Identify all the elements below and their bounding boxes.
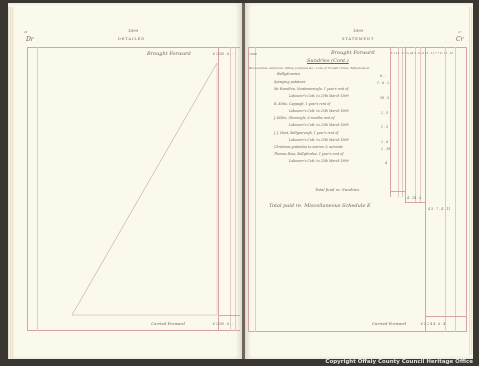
entry-amount: 1 . 5 xyxy=(381,125,388,129)
entry-text: Labourer's Cott. to 25th March 1899 xyxy=(289,159,349,163)
inner-col-3 xyxy=(402,47,403,197)
right-page: 1899 STATEMENT cr Cr 1899 Brought Forwar… xyxy=(245,3,473,359)
carried-forward-amount: £ 2250 . 6 . - xyxy=(213,322,233,326)
entry-amount: 2 . 10 xyxy=(381,147,390,151)
carry-rule xyxy=(425,316,466,317)
carried-forward-amount: £ 1 2 4 4 . 6 . 4 xyxy=(421,322,445,326)
entry-text: Spraying potatoes xyxy=(274,80,305,84)
mid-col-3 xyxy=(420,47,421,202)
entry-amount: 1 . 6 . 2 xyxy=(377,81,389,85)
corner-small-right: cr xyxy=(458,30,461,34)
left-margin-rule xyxy=(248,47,249,332)
page-edges xyxy=(469,7,473,355)
outer-pounds-rule xyxy=(425,47,426,332)
right-year: 1899 xyxy=(353,28,363,33)
total-line: Total fund re. Sundries xyxy=(315,187,359,192)
entry-text: Ballydowran xyxy=(277,72,300,76)
right-heading: STATEMENT xyxy=(342,37,374,41)
left-page: dr Dr 1899 DETAILED Brought Forward £ 22… xyxy=(8,3,242,359)
copyright-watermark: Copyright Offaly County Council Heritage… xyxy=(325,359,473,365)
outer-shillings-rule xyxy=(445,47,446,332)
bottom-rule xyxy=(248,331,466,332)
mid-col-2 xyxy=(415,47,416,202)
section-title: Sundries (Cont.) xyxy=(307,58,349,64)
final-line: Total paid re. Miscellaneous Schedule E xyxy=(269,203,371,209)
entry-text: R. Kirke, Cappagh, 1 year's rent of xyxy=(274,102,330,106)
outer-pence-rule xyxy=(455,47,456,332)
entry-text: J. J. Hunt, Ballyporeagh, 1 year's rent … xyxy=(274,131,338,135)
entry-text: Christmas gratuities to matron & servant… xyxy=(274,145,343,149)
total-amount: 4 . 14 . 3 xyxy=(407,196,421,200)
credit-label: Cr xyxy=(456,36,463,43)
entry-amount: 2 . 5 xyxy=(381,111,388,115)
inner-col-2 xyxy=(398,47,399,197)
entry-amount: 4 xyxy=(385,161,387,165)
right-margin-rule xyxy=(466,47,467,332)
entry-text: Labourer's Cott. to 25th March 1899 xyxy=(289,94,349,98)
brought-forward-label: Brought Forward xyxy=(331,50,375,56)
top-rule xyxy=(248,47,466,48)
date-column-rule xyxy=(255,47,256,332)
entry-date: 1899 xyxy=(249,52,257,56)
entry-amount: 6 . - xyxy=(380,74,386,78)
entry-text: Mr Hamilton, Newtownmoyle, 1 year's rent… xyxy=(274,87,348,91)
final-amount: 4 3 . 7 . 4 . 11 xyxy=(428,207,450,211)
inner-col-1 xyxy=(390,47,391,197)
entry-amount: 2 . 6 xyxy=(381,140,388,144)
cancel-diagonal xyxy=(8,3,242,359)
entry-text: Recoverable advances: lifting potatoes &… xyxy=(249,66,369,70)
entry-text: Labourer's Cott. to 25th March 1899 xyxy=(289,123,349,127)
entry-text: J. Killen, Glenmoyle, 6 months rent of xyxy=(274,116,335,120)
entry-text: Labourer's Cott. to 25th March 1899 xyxy=(289,138,349,142)
entry-amount: 18 . 5 xyxy=(380,96,389,100)
entry-text: Thomas Ross, Ballydowlee, 1 year's rent … xyxy=(274,152,343,156)
entry-text: Labourer's Cott. to 25th March 1899 xyxy=(289,109,349,113)
ledger-book: dr Dr 1899 DETAILED Brought Forward £ 22… xyxy=(4,3,476,359)
brought-forward-amount: £ 1 14 . 5 . 3 | 43 2 . 9 | 2 10 . 3 | 7… xyxy=(391,52,453,55)
subtotal-rule xyxy=(390,191,406,192)
carried-forward-label: Carried Forward xyxy=(151,321,185,326)
mid-col-1 xyxy=(405,47,406,202)
subtotal-rule-2 xyxy=(405,202,426,203)
carried-forward-label: Carried Forward xyxy=(372,321,406,326)
